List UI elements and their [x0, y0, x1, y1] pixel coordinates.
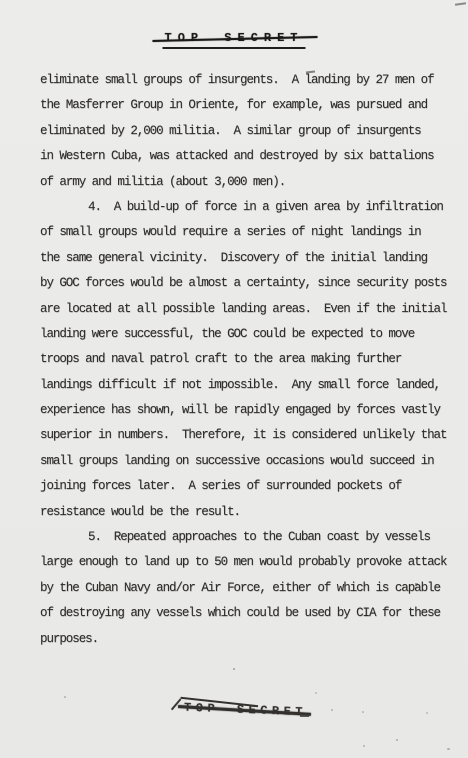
- document-line: superior in numbers. Therefore, it is co…: [40, 423, 452, 448]
- document-line: landings difficult if not impossible. An…: [40, 373, 452, 398]
- document-line: of army and militia (about 3,000 men).: [40, 170, 452, 195]
- document-line: troops and naval patrol craft to the are…: [40, 347, 452, 372]
- top-secret-footer-stamp: TOP SECRET: [184, 701, 307, 720]
- document-line: experience has shown, will be rapidly en…: [40, 398, 452, 423]
- document-line: in Western Cuba, was attacked and destro…: [40, 144, 452, 169]
- scanned-document-page: TOP SECRET eliminate small groups of ins…: [0, 0, 468, 758]
- document-line: are located at all possible landing area…: [40, 297, 452, 322]
- document-line: 4. A build-up of force in a given area b…: [40, 195, 452, 220]
- scan-speck: [426, 712, 428, 714]
- document-line: large enough to land up to 50 men would …: [40, 550, 452, 575]
- scan-speck: [447, 748, 450, 750]
- document-line: purposes.: [40, 627, 452, 652]
- top-secret-header-stamp: TOP SECRET: [162, 31, 305, 49]
- document-line: 5. Repeated approaches to the Cuban coas…: [40, 525, 452, 550]
- scan-speck: [363, 745, 365, 747]
- document-line: eliminated by 2,000 militia. A similar g…: [40, 119, 452, 144]
- scan-speck: [64, 696, 66, 698]
- scan-speck: [396, 739, 398, 741]
- document-line: joining forces later. A series of surrou…: [40, 474, 452, 499]
- document-line: by GOC forces would be almost a certaint…: [40, 271, 452, 296]
- document-line: landing were successful, the GOC could b…: [40, 322, 452, 347]
- scan-speck: [315, 692, 317, 694]
- scan-speck: [331, 709, 333, 711]
- document-line: the same general vicinity. Discovery of …: [40, 246, 452, 271]
- document-line: small groups landing on successive occas…: [40, 449, 452, 474]
- document-body: eliminate small groups of insurgents. A …: [40, 68, 452, 652]
- scan-artifact: [455, 2, 466, 6]
- document-line: the Masferrer Group in Oriente, for exam…: [40, 93, 452, 118]
- document-line: eliminate small groups of insurgents. A …: [40, 68, 452, 93]
- scan-speck: [362, 711, 364, 713]
- scan-speck: [233, 668, 235, 670]
- document-line: of small groups would require a series o…: [40, 220, 452, 245]
- document-line: of destroying any vessels which could be…: [40, 601, 452, 626]
- document-line: by the Cuban Navy and/or Air Force, eith…: [40, 576, 452, 601]
- document-line: resistance would be the result.: [40, 500, 452, 525]
